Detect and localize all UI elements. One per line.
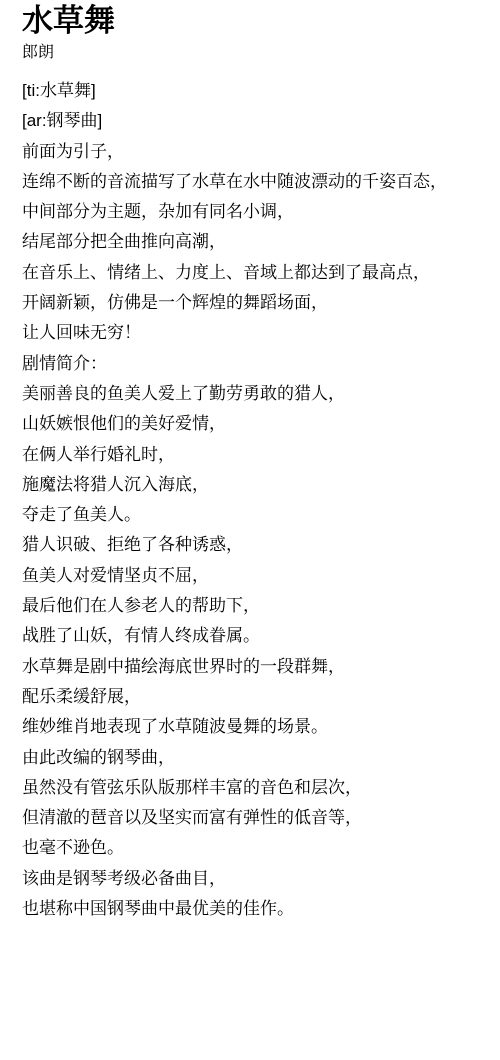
lyric-line: 结尾部分把全曲推向高潮，: [22, 227, 500, 257]
lyric-line: 但清澈的琶音以及坚实而富有弹性的低音等，: [22, 803, 500, 833]
lyric-line: 让人回味无穷！: [22, 318, 500, 348]
lyric-line: 在俩人举行婚礼时，: [22, 440, 500, 470]
lyric-line: 战胜了山妖，有情人终成眷属。: [22, 621, 500, 651]
lyric-line: 维妙维肖地表现了水草随波曼舞的场景。: [22, 712, 500, 742]
lyric-line: 猎人识破、拒绝了各种诱惑，: [22, 530, 500, 560]
lyric-line: 最后他们在人参老人的帮助下，: [22, 591, 500, 621]
lyric-line: 虽然没有管弦乐队版那样丰富的音色和层次，: [22, 773, 500, 803]
lyric-line: 中间部分为主题，杂加有同名小调，: [22, 197, 500, 227]
lyric-line: 水草舞是剧中描绘海底世界时的一段群舞，: [22, 652, 500, 682]
artist-name: 郎朗: [22, 42, 500, 63]
lyric-line: 山妖嫉恨他们的美好爱情，: [22, 409, 500, 439]
lyric-line: [ti:水草舞]: [22, 76, 500, 106]
lyric-line: 由此改编的钢琴曲，: [22, 743, 500, 773]
lyric-line: 该曲是钢琴考级必备曲目，: [22, 864, 500, 894]
lyrics-page: 水草舞 郎朗 [ti:水草舞][ar:钢琴曲]前面为引子，连绵不断的音流描写了水…: [0, 0, 500, 924]
lyric-line: 前面为引子，: [22, 137, 500, 167]
lyric-line: 在音乐上、情绪上、力度上、音域上都达到了最高点，: [22, 258, 500, 288]
lyrics-block: [ti:水草舞][ar:钢琴曲]前面为引子，连绵不断的音流描写了水草在水中随波漂…: [22, 76, 500, 924]
lyric-line: 也毫不逊色。: [22, 833, 500, 863]
lyric-line: 也堪称中国钢琴曲中最优美的佳作。: [22, 894, 500, 924]
lyric-line: 剧情简介：: [22, 349, 500, 379]
lyric-line: 鱼美人对爱情坚贞不屈，: [22, 561, 500, 591]
lyric-line: 配乐柔缓舒展，: [22, 682, 500, 712]
lyric-line: 夺走了鱼美人。: [22, 500, 500, 530]
song-title: 水草舞: [22, 2, 500, 40]
lyric-line: 施魔法将猎人沉入海底，: [22, 470, 500, 500]
lyric-line: 美丽善良的鱼美人爱上了勤劳勇敢的猎人，: [22, 379, 500, 409]
lyric-line: 连绵不断的音流描写了水草在水中随波漂动的千姿百态，: [22, 167, 500, 197]
lyric-line: [ar:钢琴曲]: [22, 106, 500, 136]
lyric-line: 开阔新颖，仿佛是一个辉煌的舞蹈场面，: [22, 288, 500, 318]
